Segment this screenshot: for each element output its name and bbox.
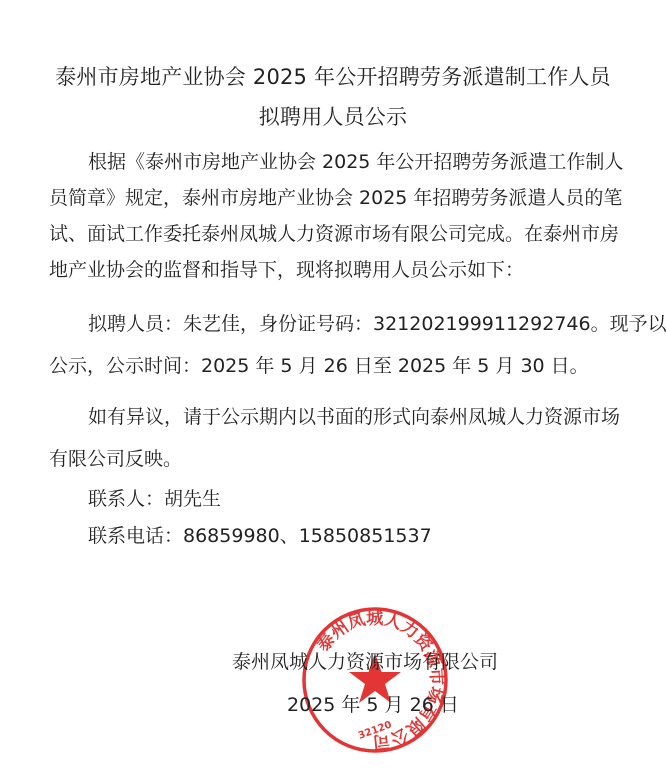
- document-title-line2: 拟聘用人员公示: [0, 102, 666, 132]
- contact-phone: 联系电话：86859980、15850851537: [88, 523, 432, 549]
- signature-organization: 泰州凤城人力资源市场有限公司: [232, 649, 498, 675]
- contact-person: 联系人：胡先生: [88, 486, 221, 512]
- document-title-line1: 泰州市房地产业协会 2025 年公开招聘劳务派遣制工作人员: [0, 62, 666, 92]
- paragraph3-line1: 如有异议，请于公示期内以书面的形式向泰州凤城人力资源市场: [88, 404, 620, 430]
- paragraph1-line2: 员简章》规定，泰州市房地产业协会 2025 年招聘劳务派遣人员的笔: [49, 185, 622, 211]
- official-seal: 泰州凤城人力资源市场有限公司 32120: [300, 605, 450, 755]
- paragraph1-line1: 根据《泰州市房地产业协会 2025 年公开招聘劳务派遣工作制人: [88, 149, 623, 175]
- paragraph2-line2: 公示，公示时间：2025 年 5 月 26 日至 2025 年 5 月 30 日…: [49, 353, 589, 379]
- signature-date: 2025 年 5 月 26 日: [287, 692, 459, 718]
- paragraph2-line1: 拟聘人员：朱艺佳，身份证号码：321202199911292746。现予以: [88, 311, 666, 337]
- paragraph1-line3: 试、面试工作委托泰州凤城人力资源市场有限公司完成。在泰州市房: [49, 221, 619, 247]
- document-page: 泰州市房地产业协会 2025 年公开招聘劳务派遣制工作人员 拟聘用人员公示 根据…: [0, 0, 666, 771]
- paragraph3-line2: 有限公司反映。: [49, 446, 182, 472]
- paragraph1-line4: 地产业协会的监督和指导下，现将拟聘用人员公示如下：: [49, 257, 524, 283]
- seal-graphic: 泰州凤城人力资源市场有限公司 32120: [300, 605, 450, 755]
